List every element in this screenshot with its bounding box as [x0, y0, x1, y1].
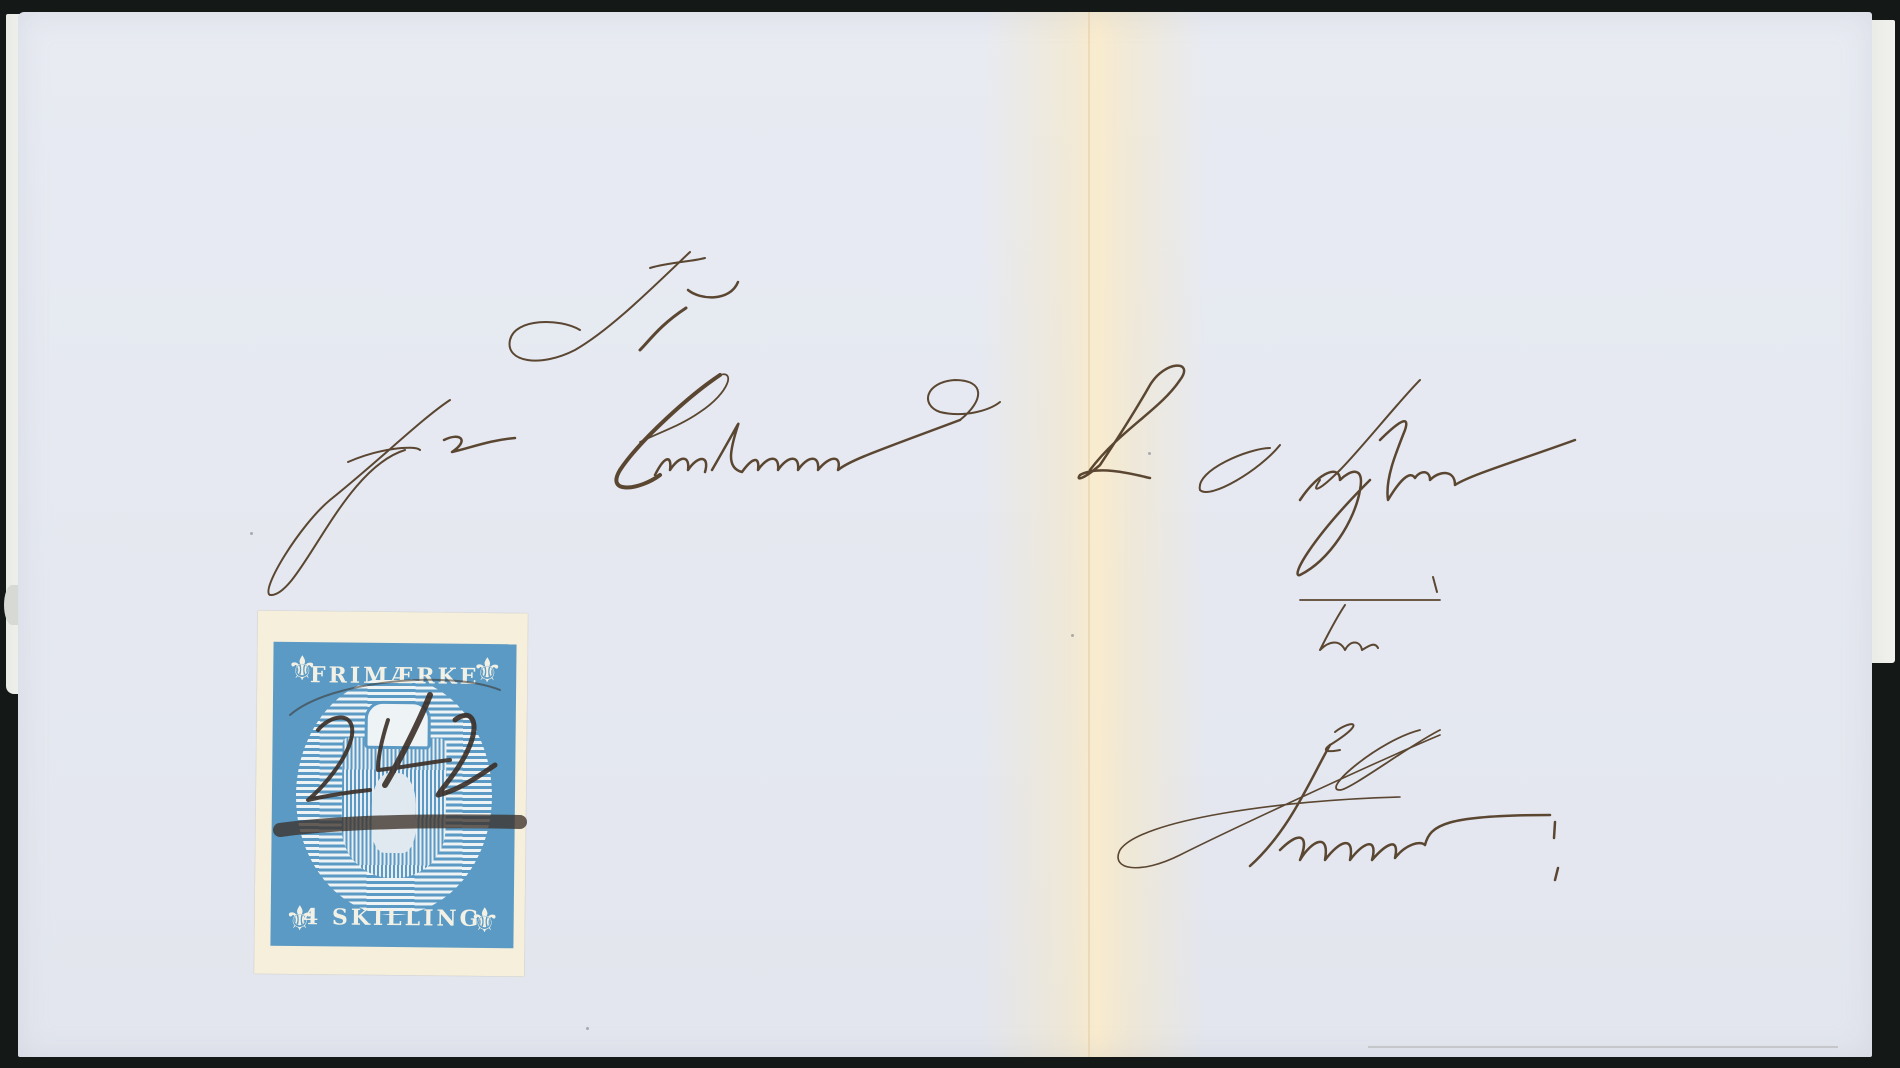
destination-text: Hamar.	[1280, 790, 1502, 860]
addressee-text: Candidat L. Kyhn	[620, 400, 1145, 470]
title-text: Hr.	[300, 420, 362, 466]
center-fold	[1088, 12, 1090, 1057]
paper-speck	[250, 532, 253, 535]
paper-speck	[1071, 634, 1074, 637]
paper-speck	[586, 1027, 589, 1030]
cancel-numeral-text: 242	[310, 700, 510, 820]
preposition-text: til	[1320, 600, 1362, 646]
stamp-bottom-inscription: 4 SKILLING	[271, 904, 514, 933]
salutation-text: S.T.	[520, 270, 592, 316]
paper-speck	[1148, 452, 1151, 455]
stamp-top-inscription: FRIMÆRKE	[273, 662, 516, 691]
bottom-crease	[1368, 1046, 1838, 1048]
